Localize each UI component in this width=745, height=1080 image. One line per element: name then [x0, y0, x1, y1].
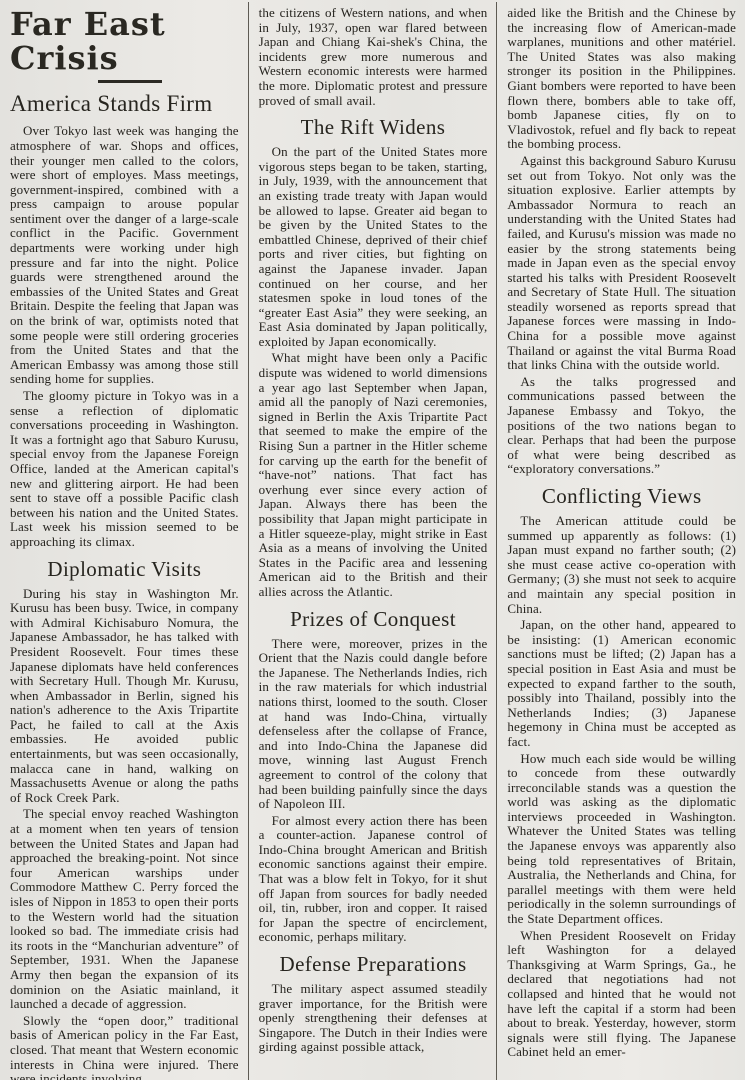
paragraph-over-tokyo: Over Tokyo last week was hanging the atm…	[10, 124, 239, 387]
paragraph-slowly-open-door: Slowly the “open door,” traditional basi…	[10, 1014, 239, 1080]
paragraph-during-stay: During his stay in Washington Mr. Kurusu…	[10, 587, 239, 806]
section-heading-the-rift-widens: The Rift Widens	[259, 115, 488, 140]
section-heading-defense-preparations: Defense Preparations	[259, 952, 488, 977]
paragraph-special-envoy: The special envoy reached Washington at …	[10, 807, 239, 1011]
paragraph-as-the-talks: As the talks progressed and communicatio…	[507, 375, 736, 477]
section-heading-diplomatic-visits: Diplomatic Visits	[10, 557, 239, 582]
paragraph-military-aspect: The military aspect assumed steadily gra…	[259, 982, 488, 1055]
paragraph-for-almost-every-action: For almost every action there has been a…	[259, 814, 488, 945]
section-heading-prizes-of-conquest: Prizes of Conquest	[259, 607, 488, 632]
column-right: aided like the British and the Chinese b…	[497, 0, 745, 1080]
section-heading-conflicting-views: Conflicting Views	[507, 484, 736, 509]
article-title: Far East Crisis	[10, 8, 239, 75]
paragraph-what-might-have-been: What might have been only a Pacific disp…	[259, 351, 488, 599]
paragraph-citizens-western-nations: the citizens of Western nations, and whe…	[259, 6, 488, 108]
title-underline-rule	[98, 80, 162, 83]
column-left: Far East Crisis America Stands Firm Over…	[0, 0, 248, 1080]
section-heading-america-stands-firm: America Stands Firm	[10, 92, 239, 116]
paragraph-roosevelt-friday: When President Roosevelt on Friday left …	[507, 929, 736, 1060]
paragraph-american-attitude: The American attitude could be summed up…	[507, 514, 736, 616]
paragraph-on-the-part: On the part of the United States more vi…	[259, 145, 488, 349]
paragraph-japan-other-hand: Japan, on the other hand, appeared to be…	[507, 618, 736, 749]
paragraph-gloomy-picture: The gloomy picture in Tokyo was in a sen…	[10, 389, 239, 550]
newspaper-article-page: Far East Crisis America Stands Firm Over…	[0, 0, 745, 1080]
paragraph-aided-like-british: aided like the British and the Chinese b…	[507, 6, 736, 152]
column-middle: the citizens of Western nations, and whe…	[249, 0, 497, 1080]
paragraph-there-were-prizes: There were, moreover, prizes in the Orie…	[259, 637, 488, 812]
paragraph-against-background: Against this background Saburo Kurusu se…	[507, 154, 736, 373]
paragraph-how-much-each-side: How much each side would be willing to c…	[507, 752, 736, 927]
